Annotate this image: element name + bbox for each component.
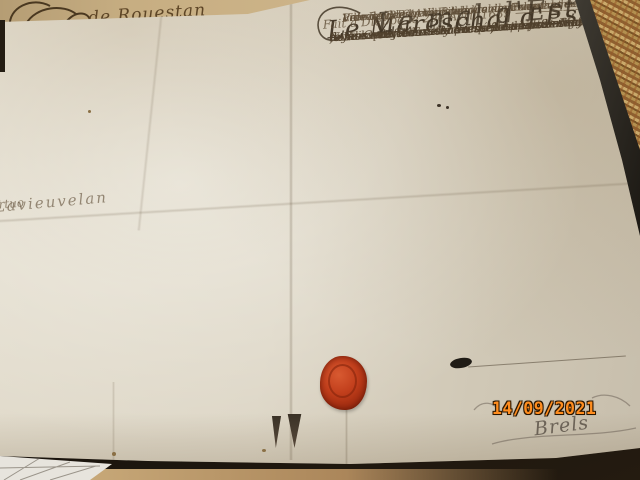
photo-of-manuscript: de Rouestan Le Mareschal d'Estrées Premi…	[0, 0, 640, 480]
foxing-speck	[88, 110, 91, 113]
margin-note-line: Lavieuvelan	[0, 188, 109, 216]
floor	[88, 469, 558, 480]
ink-blot	[449, 356, 472, 370]
fold-crease-left	[137, 16, 163, 230]
fold-crease-below-seal	[345, 406, 348, 464]
fold-crease-center	[289, 4, 293, 460]
ink-stroke	[468, 355, 626, 367]
foxing-speck	[112, 452, 116, 456]
camera-date-stamp: 14/09/2021	[492, 399, 596, 418]
tear-hole	[270, 416, 283, 448]
wax-seal	[320, 356, 367, 410]
edge-shadow	[0, 20, 5, 72]
wax-seal-impression	[328, 364, 357, 398]
foxing-speck	[262, 449, 266, 452]
fold-crease-bottom-left	[112, 382, 115, 462]
ink-speck	[437, 104, 441, 107]
ink-speck	[446, 106, 449, 109]
